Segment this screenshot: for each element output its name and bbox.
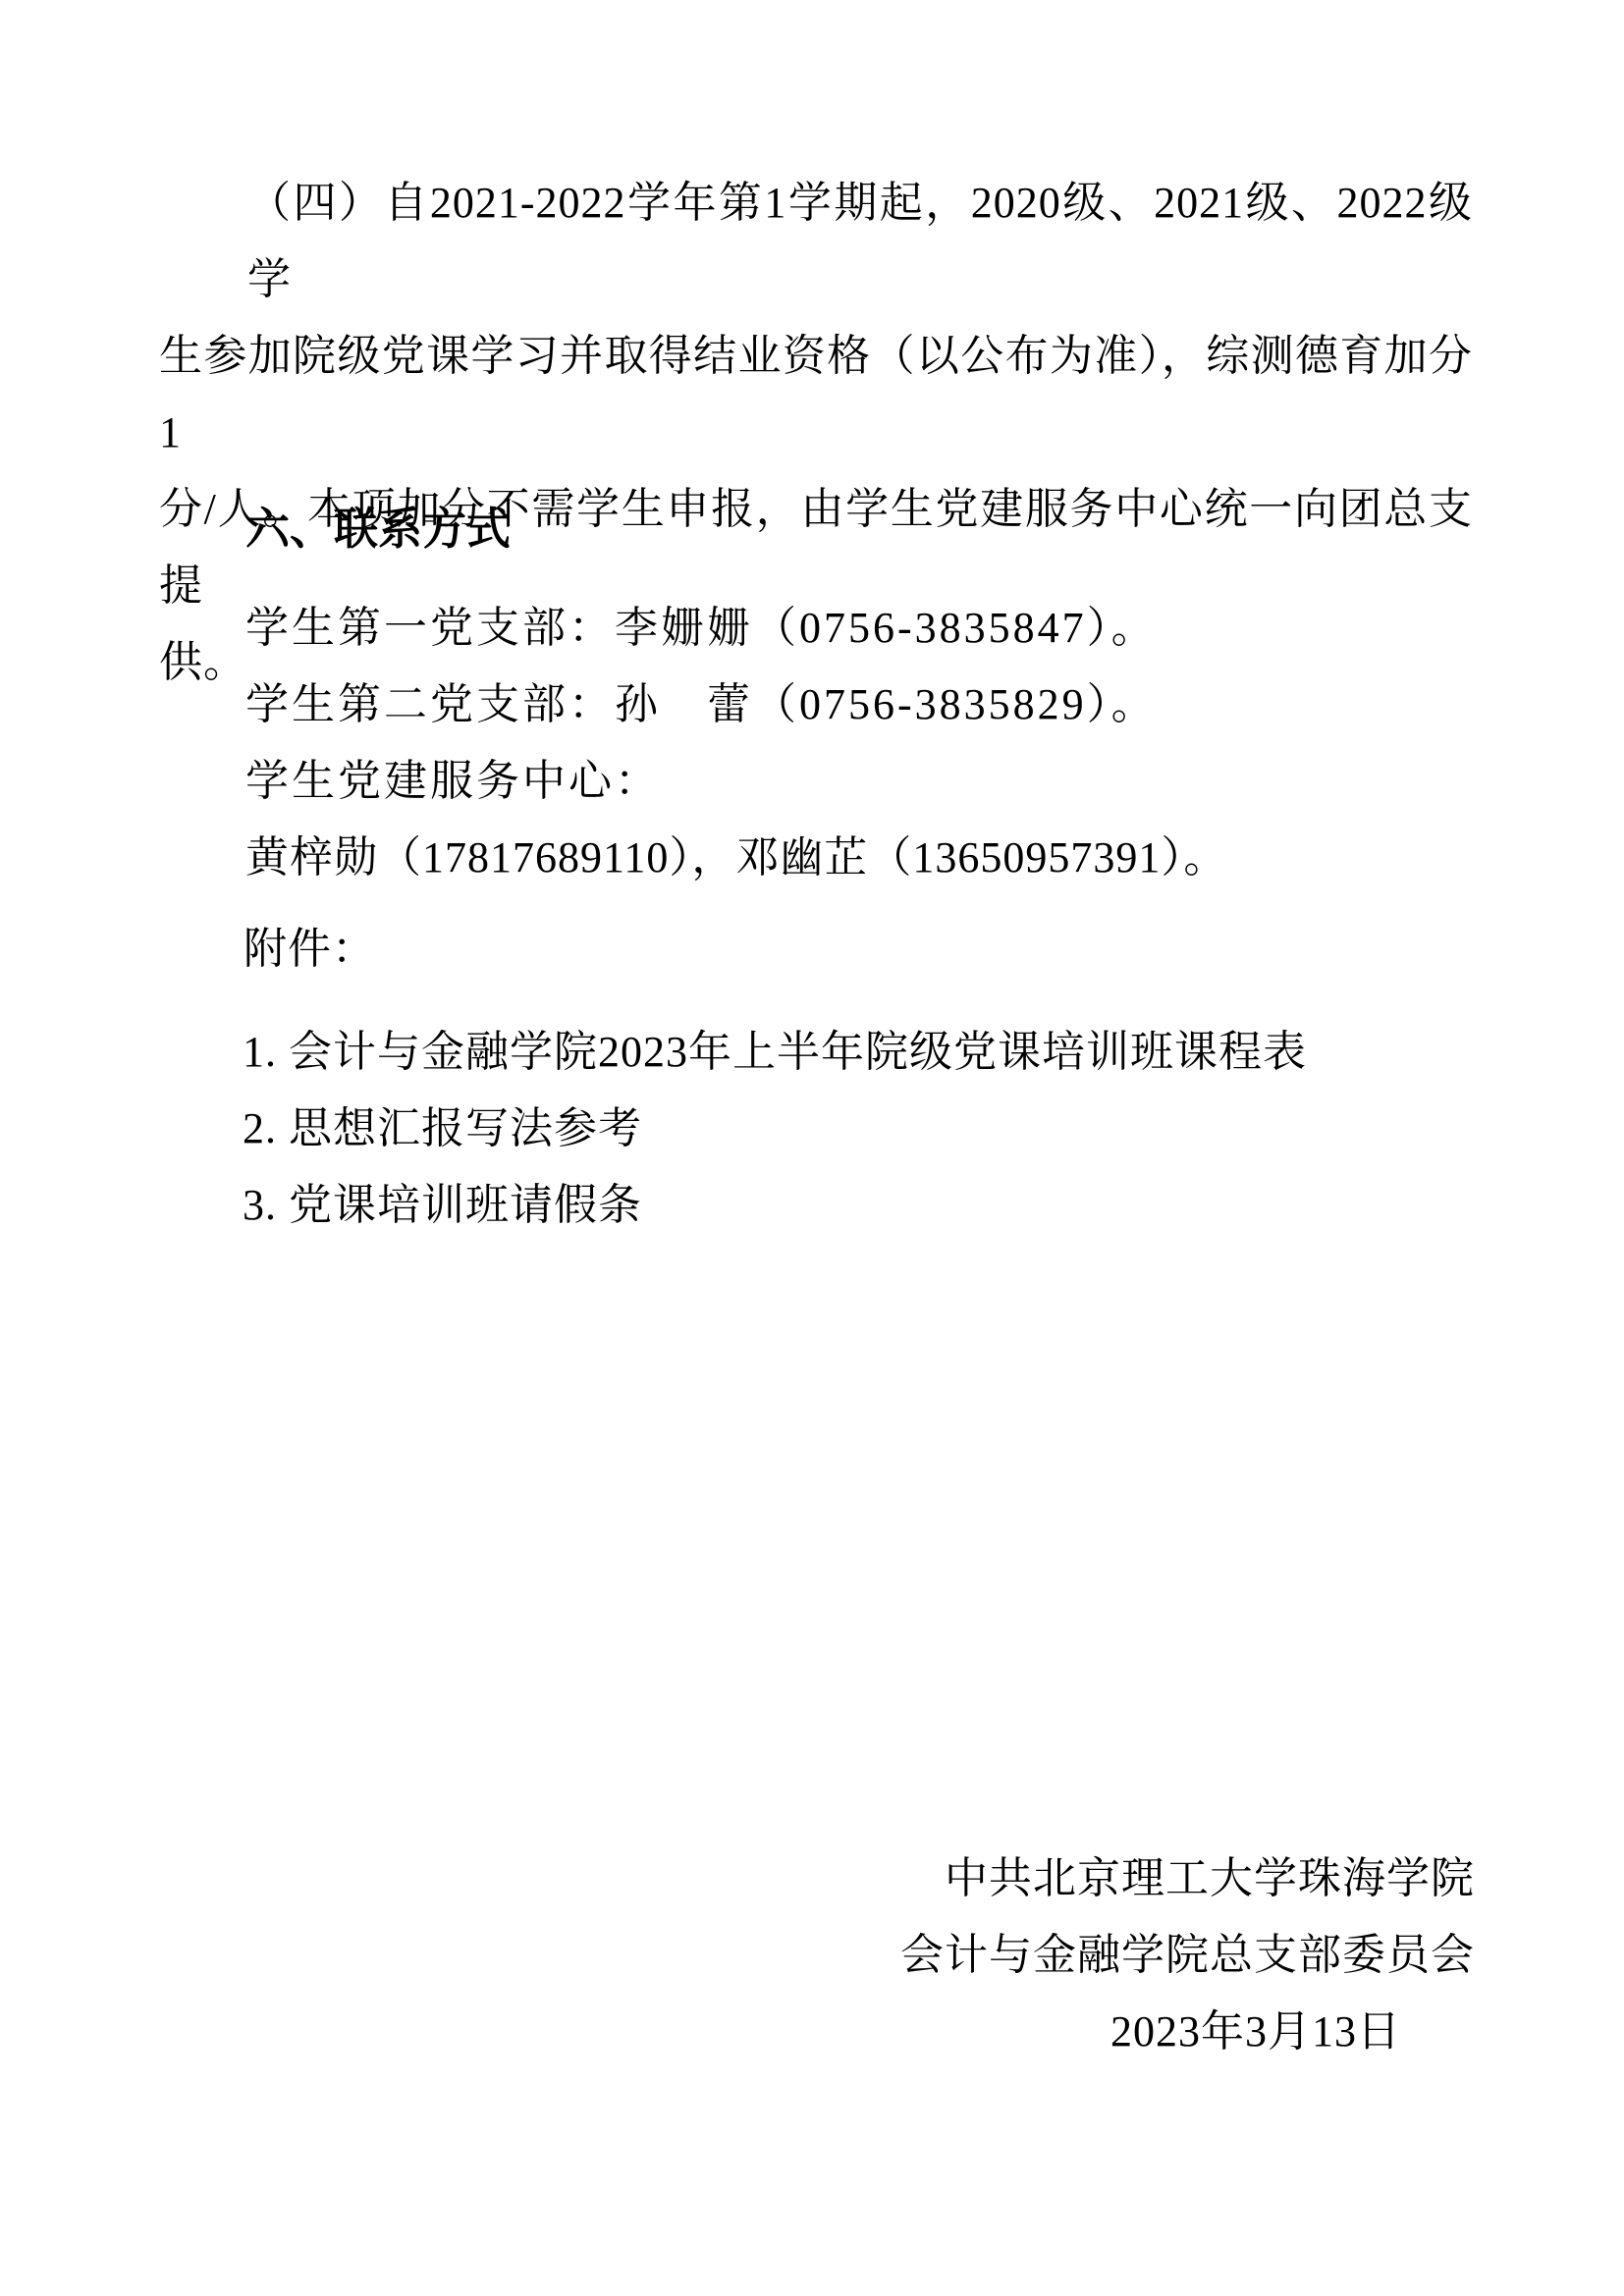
signature-date: 2023年3月13日 <box>900 1994 1475 2070</box>
contact-service-center: 学生党建服务中心： <box>245 743 1473 820</box>
attachments-label: 附件： <box>244 911 376 988</box>
section-heading-contact-info: 六、联系方式 <box>245 491 511 567</box>
contact-list: 学生第一党支部：李姗姗（0756-3835847）。 学生第二党支部：孙 蕾（0… <box>245 590 1473 896</box>
signature-org-line-1: 中共北京理工大学珠海学院 <box>900 1841 1475 1917</box>
attachment-item-1: 1. 会计与金融学院2023年上半年院级党课培训班课程表 <box>243 1014 1480 1091</box>
contact-first-branch: 学生第一党支部：李姗姗（0756-3835847）。 <box>245 590 1473 667</box>
contact-service-center-members: 黄梓勋（17817689110），邓幽芷（13650957391）。 <box>245 820 1473 896</box>
attachment-list: 1. 会计与金融学院2023年上半年院级党课培训班课程表 2. 思想汇报写法参考… <box>243 1014 1480 1244</box>
contact-second-branch: 学生第二党支部：孙 蕾（0756-3835829）。 <box>245 667 1473 743</box>
attachment-item-3: 3. 党课培训班请假条 <box>243 1167 1480 1244</box>
document-page: （四）自2021-2022学年第1学期起，2020级、2021级、2022级学 … <box>0 0 1624 2296</box>
attachment-item-2: 2. 思想汇报写法参考 <box>243 1091 1480 1167</box>
paragraph-line-2: 生参加院级党课学习并取得结业资格（以公布为准），综测德育加分1 <box>159 318 1473 471</box>
signature-org-line-2: 会计与金融学院总支部委员会 <box>900 1917 1475 1994</box>
paragraph-line-1: （四）自2021-2022学年第1学期起，2020级、2021级、2022级学 <box>159 165 1473 318</box>
signature-block: 中共北京理工大学珠海学院 会计与金融学院总支部委员会 2023年3月13日 <box>900 1841 1475 2070</box>
